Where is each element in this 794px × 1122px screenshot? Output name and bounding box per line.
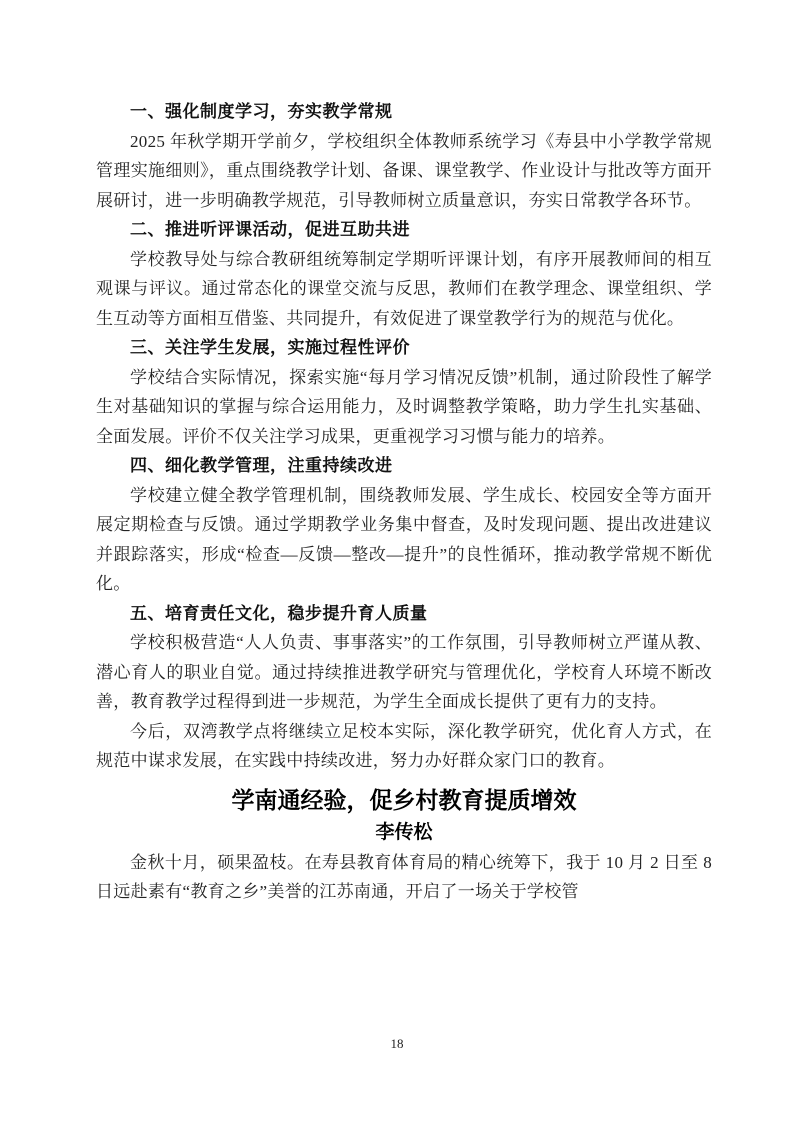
section-2-body: 学校教导处与综合教研组统筹制定学期听评课计划，有序开展教师间的相互观课与评议。通… [96, 245, 712, 334]
article1-section-5: 五、培育责任文化，稳步提升育人质量 学校积极营造“人人负责、事事落实”的工作氛围… [96, 599, 712, 717]
section-3-body: 学校结合实际情况，探索实施“每月学习情况反馈”机制，通过阶段性了解学生对基础知识… [96, 363, 712, 452]
page-number: 18 [0, 1036, 794, 1052]
document-page: 一、强化制度学习，夯实教学常规 2025 年秋学期开学前夕，学校组织全体教师系统… [0, 0, 794, 1122]
article2-intro-paragraph: 金秋十月，硕果盈枝。在寿县教育体育局的精心统筹下，我于 10 月 2 日至 8 … [96, 848, 712, 907]
article1-section-4: 四、细化教学管理，注重持续改进 学校建立健全教学管理机制，围绕教师发展、学生成长… [96, 451, 712, 599]
section-4-heading: 四、细化教学管理，注重持续改进 [96, 451, 712, 481]
section-2-heading: 二、推进听评课活动，促进互助共进 [96, 215, 712, 245]
article1-section-2: 二、推进听评课活动，促进互助共进 学校教导处与综合教研组统筹制定学期听评课计划，… [96, 215, 712, 333]
section-5-body: 学校积极营造“人人负责、事事落实”的工作氛围，引导教师树立严谨从教、潜心育人的职… [96, 628, 712, 717]
section-3-heading: 三、关注学生发展，实施过程性评价 [96, 333, 712, 363]
article1-section-1: 一、强化制度学习，夯实教学常规 2025 年秋学期开学前夕，学校组织全体教师系统… [96, 97, 712, 215]
section-1-body: 2025 年秋学期开学前夕，学校组织全体教师系统学习《寿县中小学教学常规管理实施… [96, 127, 712, 216]
section-5-heading: 五、培育责任文化，稳步提升育人质量 [96, 599, 712, 629]
article1-section-3: 三、关注学生发展，实施过程性评价 学校结合实际情况，探索实施“每月学习情况反馈”… [96, 333, 712, 451]
article2-title: 学南通经验，促乡村教育提质增效 [96, 782, 712, 818]
article2-author: 李传松 [96, 818, 712, 848]
section-4-body: 学校建立健全教学管理机制，围绕教师发展、学生成长、校园安全等方面开展定期检查与反… [96, 481, 712, 599]
article1-closing-paragraph: 今后，双湾教学点将继续立足校本实际，深化教学研究，优化育人方式，在规范中谋求发展… [96, 717, 712, 776]
section-1-heading: 一、强化制度学习，夯实教学常规 [96, 97, 712, 127]
document-content: 一、强化制度学习，夯实教学常规 2025 年秋学期开学前夕，学校组织全体教师系统… [96, 97, 712, 907]
